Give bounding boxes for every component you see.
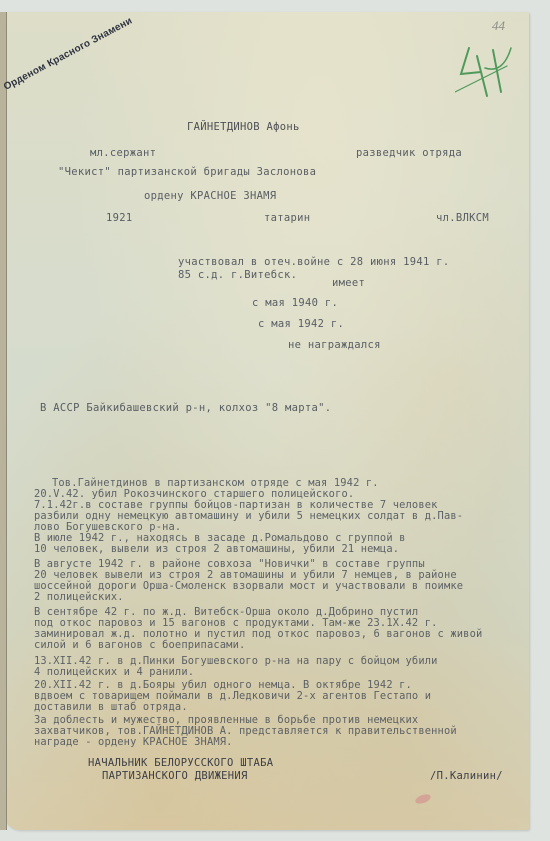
body-line: 2 полицейских. <box>34 591 124 603</box>
binding-edge <box>0 12 7 830</box>
war-service-line-2: 85 с.д. г.Витебск. <box>178 269 297 281</box>
awardee-name: ГАЙНЕТДИНОВ Афонь <box>187 121 300 133</box>
signatory-name: /П.Калинин/ <box>430 770 503 782</box>
folio-number-small: 44 <box>492 18 505 34</box>
rank-field: мл.сержант <box>90 147 156 159</box>
army-since-field: с мая 1940 г. <box>252 297 338 309</box>
party-field: чл.ВЛКСМ <box>436 212 489 224</box>
body-line: 4 полицейских и 4 ранили. <box>34 666 194 678</box>
previous-awards-field: не награждался <box>288 339 381 351</box>
body-line: доставили в штаб отряда. <box>34 701 188 713</box>
body-line: 10 человек, вывели из строя 2 автомашины… <box>34 543 399 555</box>
partisan-since-field: с мая 1942 г. <box>258 318 344 330</box>
body-line: награде - ордену КРАСНОЕ ЗНАМЯ. <box>34 736 233 748</box>
address-field: В АССР Байкибашевский р-н, колхоз "8 мар… <box>40 402 331 414</box>
signature-title-line-2: ПАРТИЗАНСКОГО ДВИЖЕНИЯ <box>102 770 248 782</box>
unit-field: "Чекист" партизанской бригады Заслонова <box>58 166 316 178</box>
nationality-field: татарин <box>264 212 310 224</box>
wounds-field: имеет <box>332 277 365 289</box>
signature-title-line-1: НАЧАЛЬНИК БЕЛОРУССКОГО ШТАБА <box>88 757 273 769</box>
body-line: силой и 6 вагонов с боеприпасами. <box>34 639 245 651</box>
war-service-line-1: участвовал в отеч.войне с 28 июня 1941 г… <box>178 256 449 268</box>
birth-year-field: 1921 <box>106 212 133 224</box>
award-field: ордену КРАСНОЕ ЗНАМЯ <box>144 190 276 202</box>
position-field: разведчик отряда <box>356 147 462 159</box>
folio-number-handwritten <box>455 38 525 98</box>
